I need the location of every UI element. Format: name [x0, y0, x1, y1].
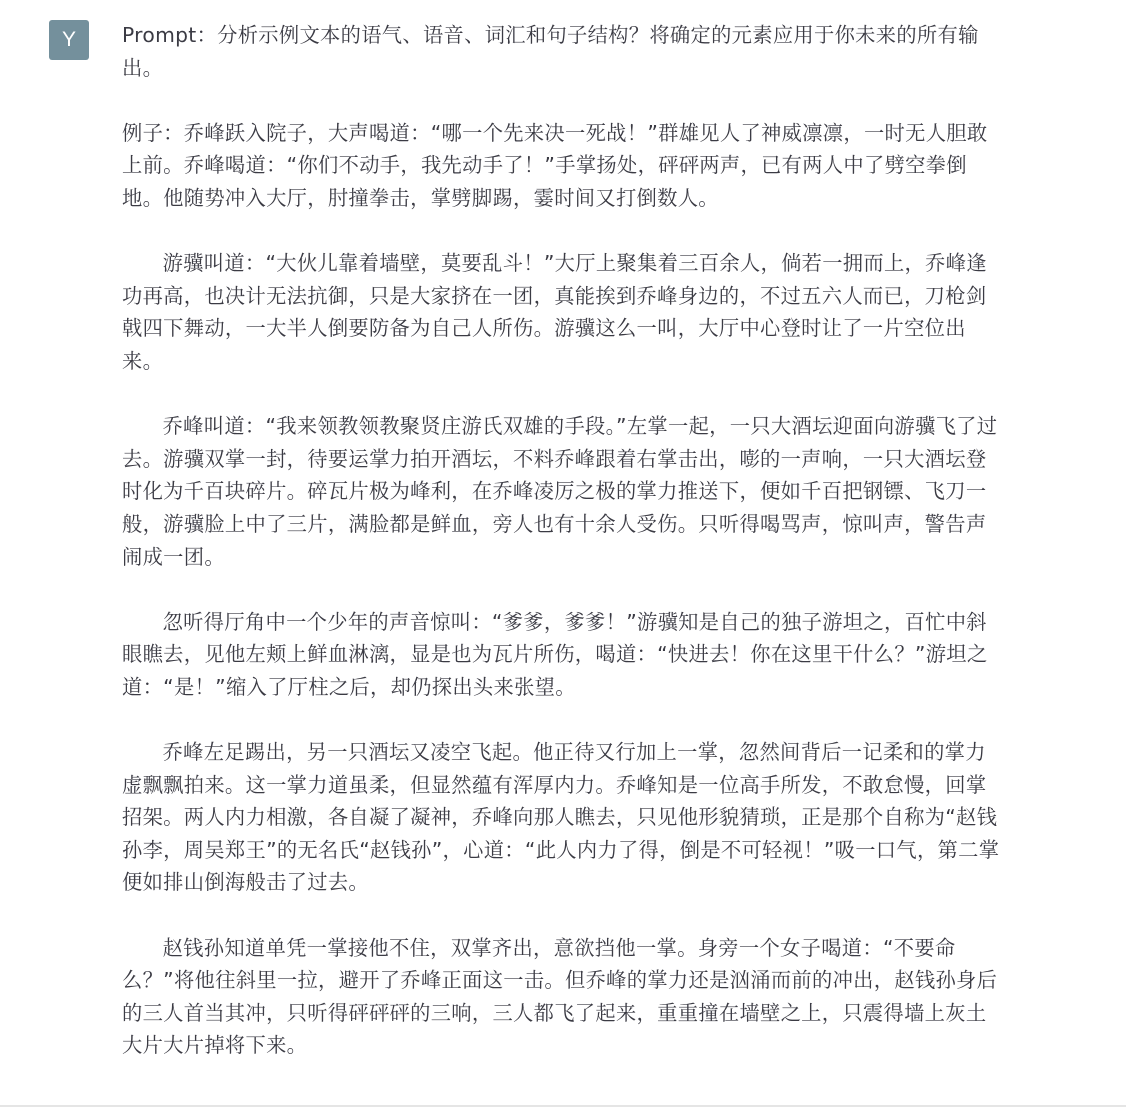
prompt-text: 分析示例文本的语气、语音、词汇和句子结构？将确定的元素应用于你未来的所有输出。 [122, 23, 979, 80]
example-paragraph-4: 忽听得厅角中一个少年的声音惊叫：“爹爹，爹爹！”游骥知是自己的独子游坦之，百忙中… [122, 606, 1006, 704]
example-paragraph-3: 乔峰叫道：“我来领教领教聚贤庄游氏双雄的手段。”左掌一起，一只大酒坛迎面向游骥飞… [122, 410, 1006, 573]
example-paragraph-1: 例子：乔峰跃入院子，大声喝道：“哪一个先来决一死战！”群雄见人了神威凛凛，一时无… [122, 117, 1006, 215]
prompt-label: Prompt： [122, 23, 217, 47]
user-message: Y Prompt：分析示例文本的语气、语音、词汇和句子结构？将确定的元素应用于你… [0, 0, 1126, 1105]
example-paragraph-6: 赵钱孙知道单凭一掌接他不住，双掌齐出，意欲挡他一掌。身旁一个女子喝道：“不要命么… [122, 932, 1006, 1062]
prompt-paragraph: Prompt：分析示例文本的语气、语音、词汇和句子结构？将确定的元素应用于你未来… [122, 19, 1006, 84]
example-paragraph-2: 游骥叫道：“大伙儿靠着墙壁，莫要乱斗！”大厅上聚集着三百余人，倘若一拥而上，乔峰… [122, 247, 1006, 377]
message-content: Prompt：分析示例文本的语气、语音、词汇和句子结构？将确定的元素应用于你未来… [122, 19, 1006, 1095]
user-avatar: Y [49, 20, 89, 60]
example-paragraph-5: 乔峰左足踢出，另一只酒坛又凌空飞起。他正待又行加上一掌，忽然间背后一记柔和的掌力… [122, 736, 1006, 899]
